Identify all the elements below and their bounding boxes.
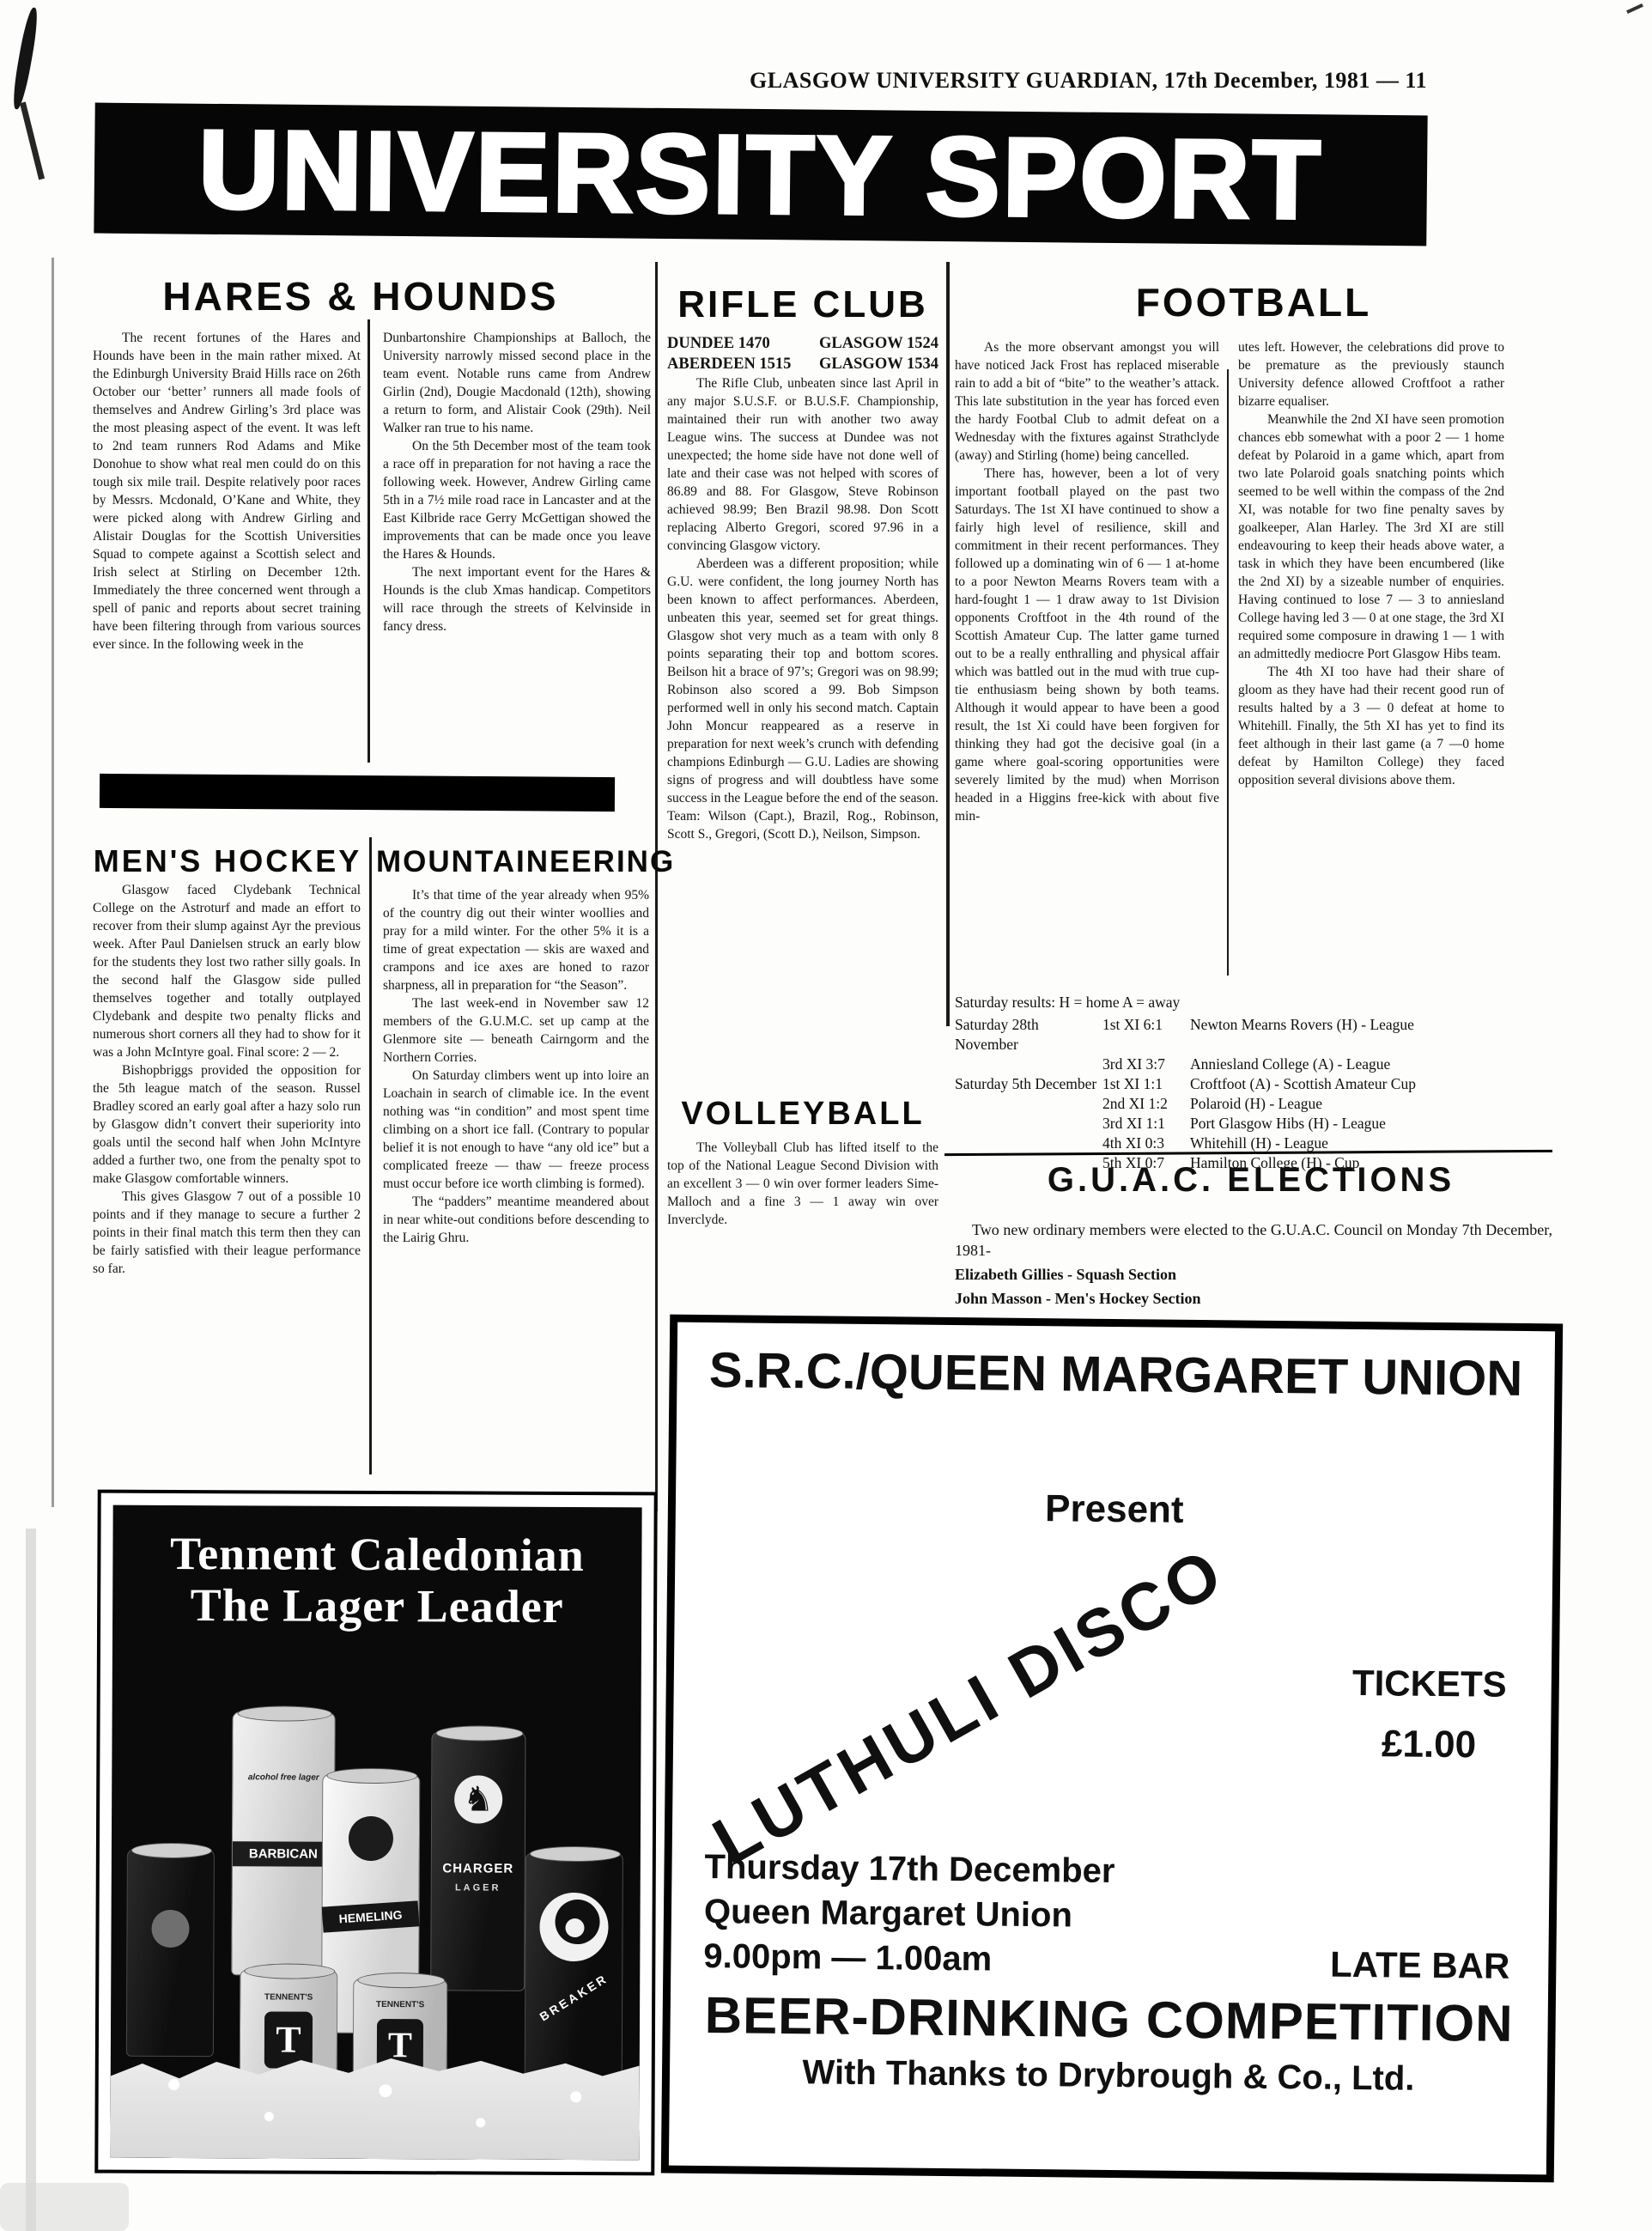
result-detail: Croftfoot (A) - Scottish Amateur Cup [1190,1074,1561,1094]
breaker-label: BREAKER [529,1967,618,2029]
section-divider-bar [100,774,615,812]
football-column-2: utes left. However, the celebrations did… [1238,338,1504,991]
src-tickets-block: TICKETS £1.00 [1326,1663,1533,1768]
can-crest [151,1910,189,1948]
result-date: Saturday 28th November [955,1015,1102,1055]
article-paragraph: On the 5th December most of the team too… [383,437,651,563]
scan-tick-top-right [1626,3,1643,14]
guac-intro: Two new ordinary members were elected to… [955,1219,1552,1261]
page-fold-line [52,258,54,1507]
competition-title: BEER-DRINKING COMPETITION [670,1985,1548,2054]
section-title-mens-hockey: MEN'S HOCKEY [82,843,374,879]
breaker-swirl-icon [539,1893,608,1961]
volleyball-column: The Volleyball Club has lifted itself to… [667,1139,938,1285]
hemeling-label: HEMELING [322,1900,420,1932]
article-paragraph: Aberdeen was a different proposition; wh… [667,555,938,807]
result-date [955,1055,1102,1074]
charger-can: ♞ CHARGER LAGER [430,1731,525,1991]
newspaper-page: GLASGOW UNIVERSITY GUARDIAN, 17th Decemb… [0,0,1652,2231]
article-paragraph: The Volleyball Club has lifted itself to… [667,1139,938,1229]
article-paragraph: Dunbartonshire Championships at Balloch,… [383,329,651,437]
barbican-sub-label: alcohol free lager [233,1772,334,1783]
charger-label: CHARGER [432,1861,525,1875]
barbican-label: BARBICAN [233,1841,334,1867]
tickets-label: TICKETS [1327,1663,1533,1706]
article-paragraph: Glasgow faced Clydebank Technical Colleg… [93,881,361,1061]
scan-mark-left [20,102,45,180]
results-legend: Saturday results: H = home A = away [955,993,1561,1012]
article-paragraph: The last week-end in November saw 12 mem… [383,994,649,1067]
result-score: 1st XI 1:1 [1102,1074,1190,1094]
section-title-rifle-club: RIFLE CLUB [661,283,944,326]
tennents-arc-label: TENNENT'S [240,1992,337,2002]
tennents-t-monogram: T [264,2011,313,2068]
result-score: 3rd XI 3:7 [1102,1055,1190,1074]
article-paragraph: The 4th XI too have had their share of g… [1238,663,1504,789]
banner-text: UNIVERSITY SPORT [197,105,1323,245]
table-row: 3rd XI 1:1 Port Glasgow Hibs (H) - Leagu… [955,1114,1561,1134]
event-venue: Queen Margaret Union [704,1893,1072,1935]
section-title-guac-elections: G.U.A.C. ELECTIONS [949,1161,1553,1200]
section-title-volleyball: VOLLEYBALL [663,1096,943,1133]
can-lid [436,1725,523,1741]
result-score: 4th XI 0:3 [1102,1134,1190,1153]
article-paragraph: On Saturday climbers went up into loire … [383,1067,649,1193]
dark-lager-can [126,1849,215,2057]
result-date [955,1114,1102,1134]
result-date: Saturday 5th December [955,1074,1102,1094]
tennent-advert: Tennent Caledonian The Lager Leader alco… [94,1490,657,2176]
article-paragraph: The recent fortunes of the Hares and Hou… [93,329,361,653]
section-title-mountaineering: MOUNTAINEERING [376,845,654,879]
article-paragraph: utes left. However, the celebrations did… [1238,338,1504,410]
result-date [955,1094,1102,1114]
scoreline-team: DUNDEE 1470 [667,333,770,354]
table-row: 2nd XI 1:2 Polaroid (H) - League [955,1094,1561,1114]
table-row: Saturday 5th December 1st XI 1:1 Croftfo… [955,1074,1561,1094]
guac-member: Elizabeth Gillies - Squash Section [955,1264,1176,1285]
can-lid [530,1846,620,1862]
guac-member: John Masson - Men's Hockey Section [955,1288,1201,1309]
mountaineering-column: It’s that time of the year already when … [383,886,649,1487]
article-paragraph: Meanwhile the 2nd XI have seen promotion… [1238,410,1504,663]
src-advert-title: S.R.C./QUEEN MARGARET UNION [677,1341,1555,1408]
tennent-headline-line1: Tennent Caledonian [112,1528,641,1582]
article-paragraph: Bishopbriggs provided the opposition for… [93,1061,361,1188]
article-paragraph: The next important event for the Hares &… [383,563,651,635]
hockey-column: Glasgow faced Clydebank Technical Colleg… [93,881,361,1474]
late-bar-label: LATE BAR [1330,1944,1510,1987]
can-lid [245,1963,335,1979]
tennent-headline-line2: The Lager Leader [112,1579,641,1633]
scan-streak-left [26,1529,36,2231]
rifle-column: DUNDEE 1470 GLASGOW 1524 ABERDEEN 1515 G… [667,333,938,1033]
src-event-name: LUTHULI DISCO [700,1531,1237,1881]
src-qmu-advert: S.R.C./QUEEN MARGARET UNION Present LUTH… [661,1315,1563,2183]
can-lid [327,1768,417,1784]
article-paragraph: As the more observant amongst you will h… [955,338,1219,465]
column-rule [946,262,950,1026]
ticket-price: £1.00 [1326,1723,1533,1768]
result-detail: Anniesland College (A) - League [1190,1055,1561,1074]
article-paragraph: The “padders” meantime meandered about i… [383,1193,649,1247]
result-date [955,1134,1102,1153]
column-rule [655,262,658,1511]
column-rule [367,319,370,763]
tennent-headline: Tennent Caledonian The Lager Leader [112,1528,642,1633]
tennent-advert-panel: Tennent Caledonian The Lager Leader alco… [110,1505,641,2161]
table-row: Saturday 28th November 1st XI 6:1 Newton… [955,1015,1561,1055]
football-column-1: As the more observant amongst you will h… [955,338,1219,981]
masthead: GLASGOW UNIVERSITY GUARDIAN, 17th Decemb… [0,67,1427,94]
banner-university-sport: UNIVERSITY SPORT [94,103,1427,246]
scoreline-team: GLASGOW 1534 [819,354,938,374]
event-time: 9.00pm — 1.00am [703,1937,992,1979]
table-row: 3rd XI 3:7 Anniesland College (A) - Leag… [955,1055,1561,1074]
result-detail: Port Glasgow Hibs (H) - League [1190,1114,1561,1134]
column-rule [369,837,372,1474]
ice-bed [110,2053,640,2161]
section-title-hares-and-hounds: HARES & HOUNDS [82,273,640,319]
article-paragraph: Team: Wilson (Capt.), Brazil, Rog., Robi… [667,807,938,843]
charger-sub-label: LAGER [432,1882,525,1893]
section-title-football: FOOTBALL [957,279,1550,325]
can-lid [131,1843,212,1858]
article-paragraph: The Rifle Club, unbeaten since last Apri… [667,374,938,555]
scan-mark-top-left [10,7,41,111]
sponsor-thanks: With Thanks to Drybrough & Co., Ltd. [670,2052,1547,2100]
barbican-can: alcohol free lager BARBICAN [231,1711,335,1976]
hares-column-1: The recent fortunes of the Hares and Hou… [93,329,361,775]
charger-horse-icon: ♞ [454,1775,502,1823]
can-lid [237,1705,332,1721]
result-score: 2nd XI 1:2 [1102,1094,1190,1114]
rifle-scoreline-aberdeen: ABERDEEN 1515 GLASGOW 1534 [667,354,938,374]
saturday-results-table: Saturday results: H = home A = away Satu… [955,993,1561,1173]
article-paragraph: This gives Glasgow 7 out of a possible 1… [93,1188,361,1278]
event-date: Thursday 17th December [704,1848,1114,1891]
can-lid [358,1973,445,1988]
hemeling-roundel [349,1816,393,1861]
scoreline-team: GLASGOW 1524 [819,333,938,354]
scan-blotch-bottom-left [0,2183,129,2231]
src-present-label: Present [676,1484,1553,1536]
hares-column-2: Dunbartonshire Championships at Balloch,… [383,329,651,775]
result-score: 3rd XI 1:1 [1102,1114,1190,1134]
result-detail: Polaroid (H) - League [1190,1094,1561,1114]
tennents-arc-label: TENNENT'S [354,2000,446,2009]
column-rule [1227,369,1229,976]
article-paragraph: It’s that time of the year already when … [383,886,649,994]
article-paragraph: There has, however, been a lot of very i… [955,465,1219,825]
result-score: 1st XI 6:1 [1102,1015,1190,1055]
rifle-scoreline-dundee: DUNDEE 1470 GLASGOW 1524 [667,333,938,354]
scoreline-team: ABERDEEN 1515 [667,354,791,374]
result-detail: Newton Mearns Rovers (H) - League [1190,1015,1561,1055]
